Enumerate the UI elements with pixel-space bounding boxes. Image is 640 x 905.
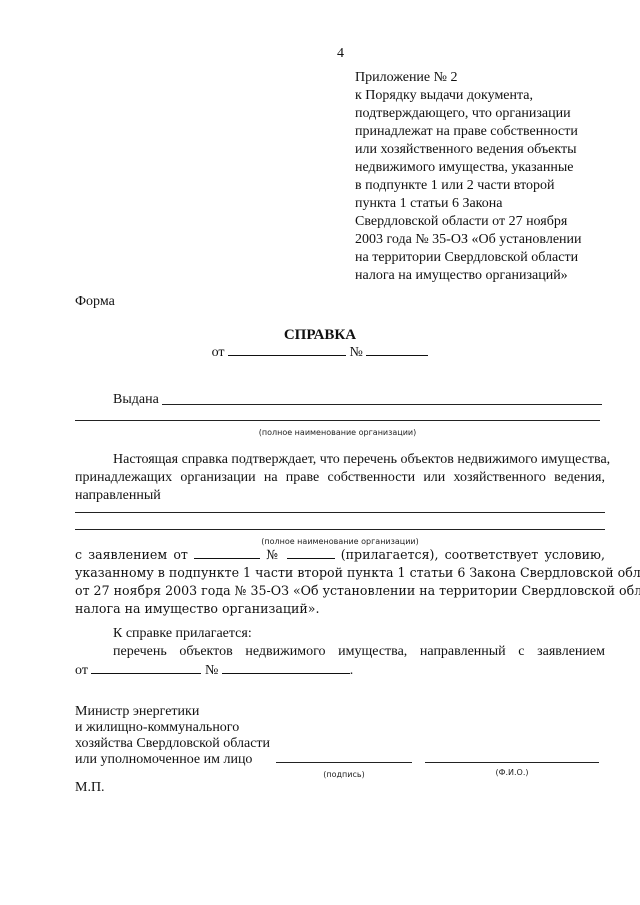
application-line-3: от 27 ноября 2003 года № 35-ОЗ «Об устан… <box>75 582 605 600</box>
stamp-place-label: М.П. <box>75 779 105 796</box>
signature-caption: (подпись) <box>276 766 412 783</box>
signature-blank-line[interactable] <box>276 762 412 763</box>
signatory-line: хозяйства Свердловской области <box>75 736 270 752</box>
appendix-line: на территории Свердловской области <box>355 249 625 267</box>
attachment-line-1: перечень объектов недвижимого имущества,… <box>75 643 605 661</box>
application-paragraph: с заявлением от № (прилагается), соответ… <box>75 546 605 618</box>
appendix-header: Приложение № 2 к Порядку выдачи документ… <box>355 69 625 285</box>
appendix-line: налога на имущество организаций» <box>355 267 625 285</box>
appendix-line: пункта 1 статьи 6 Закона <box>355 195 625 213</box>
application-line-2: указанному в подпункте 1 части второй пу… <box>75 564 605 582</box>
confirmation-line-3: направленный <box>75 487 605 505</box>
confirmation-paragraph: Настоящая справка подтверждает, что пере… <box>75 451 605 505</box>
confirmation-line-1: Настоящая справка подтверждает, что пере… <box>75 451 605 469</box>
number-blank-field[interactable] <box>366 343 428 356</box>
appendix-line: недвижимого имущества, указанные <box>355 159 625 177</box>
attachment-section: К справке прилагается: перечень объектов… <box>75 625 605 680</box>
confirmation-line-2: принадлежащих организации на праве собст… <box>75 469 605 487</box>
application-date-blank[interactable] <box>194 546 260 559</box>
appendix-line: в подпункте 1 или 2 части второй <box>355 177 625 195</box>
issued-caption: (полное наименование организации) <box>75 424 600 441</box>
number-prefix: № <box>350 345 363 360</box>
name-blank-line[interactable] <box>425 762 599 763</box>
appendix-line: Свердловской области от 27 ноября <box>355 213 625 231</box>
appendix-line: подтверждающего, что организации <box>355 105 625 123</box>
organization-blank-line-1[interactable] <box>75 512 605 513</box>
appendix-line: к Порядку выдачи документа, <box>355 87 625 105</box>
issued-label: Выдана <box>113 391 159 408</box>
date-prefix: от <box>212 345 225 360</box>
application-line-4: налога на имущество организаций». <box>75 600 605 618</box>
signatory-line: и жилищно-коммунального <box>75 720 270 736</box>
signatory-block: Министр энергетики и жилищно-коммунально… <box>75 704 270 768</box>
appendix-line: 2003 года № 35-ОЗ «Об установлении <box>355 231 625 249</box>
issued-blank-line-2[interactable] <box>75 420 600 421</box>
attachment-line-2: от № . <box>75 661 605 680</box>
document-title: СПРАВКА <box>0 327 640 344</box>
appendix-line: Приложение № 2 <box>355 69 625 87</box>
appendix-line: или хозяйственного ведения объекты <box>355 141 625 159</box>
application-number-blank[interactable] <box>287 546 335 559</box>
certificate-date-number: от № <box>0 343 640 361</box>
attachment-date-blank[interactable] <box>91 661 201 674</box>
page-number: 4 <box>337 45 344 62</box>
attachment-heading: К справке прилагается: <box>75 625 605 643</box>
form-label: Форма <box>75 293 115 310</box>
application-line-1: с заявлением от № (прилагается), соответ… <box>75 546 605 564</box>
attachment-number-blank[interactable] <box>222 661 350 674</box>
organization-blank-line-2[interactable] <box>75 529 605 530</box>
signatory-line: Министр энергетики <box>75 704 270 720</box>
date-blank-field[interactable] <box>228 343 346 356</box>
appendix-line: принадлежат на праве собственности <box>355 123 625 141</box>
name-caption: (Ф.И.О.) <box>425 764 599 781</box>
signatory-line: или уполномоченное им лицо <box>75 752 270 768</box>
issued-blank-line-1[interactable] <box>162 404 602 405</box>
